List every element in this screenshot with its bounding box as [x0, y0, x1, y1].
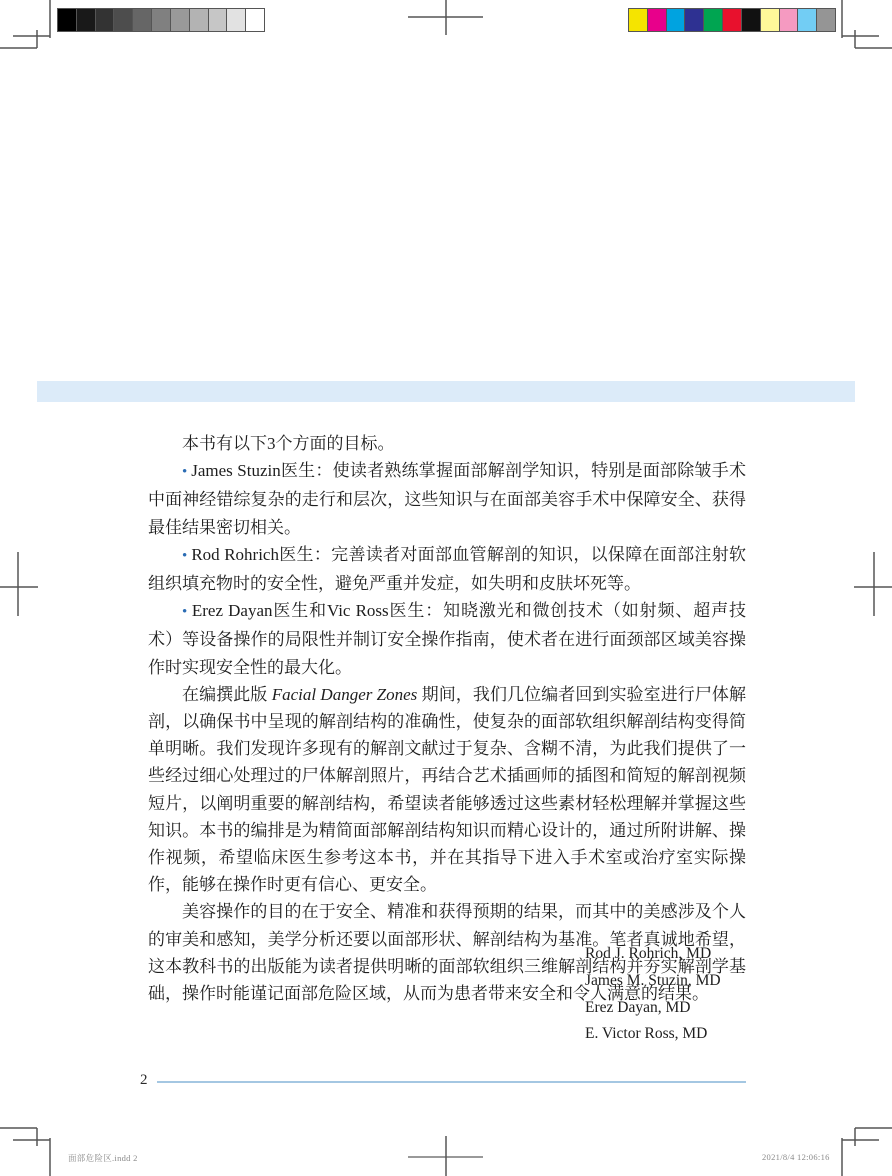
trim-mark-bottom-right — [842, 1128, 892, 1176]
signature-line: Rod J. Rohrich, MD — [585, 941, 721, 968]
folio-rule — [157, 1081, 746, 1083]
bullet-icon: • — [182, 464, 191, 480]
gray-swatch — [58, 9, 77, 31]
slug-filename: 面部危险区.indd 2 — [68, 1152, 138, 1164]
trim-mark-bottom-left — [0, 1128, 50, 1176]
book-title-italic: Facial Danger Zones — [272, 685, 418, 704]
color-swatch — [798, 9, 817, 31]
trim-mark-top-right — [842, 0, 892, 48]
color-swatch — [685, 9, 704, 31]
register-mark-left-middle — [0, 552, 38, 616]
color-swatch — [629, 9, 648, 31]
gray-swatch — [209, 9, 228, 31]
color-swatch — [742, 9, 761, 31]
paragraph: 在编撰此版 Facial Danger Zones 期间，我们几位编者回到实验室… — [148, 681, 746, 899]
gray-swatch — [77, 9, 96, 31]
register-mark-right-middle — [854, 552, 892, 616]
bullet-icon: • — [182, 604, 192, 620]
text-segment: 在编撰此版 — [182, 685, 272, 704]
trim-mark-top-left — [0, 0, 50, 48]
gray-swatch — [96, 9, 115, 31]
signature-line: Erez Dayan, MD — [585, 995, 721, 1022]
text-segment: Rod Rohrich医生：完善读者对面部血管解剖的知识，以保障在面部注射软组织… — [148, 545, 746, 593]
color-swatch — [723, 9, 742, 31]
gray-swatch — [152, 9, 171, 31]
color-swatch — [780, 9, 799, 31]
printed-page: 本书有以下3个方面的目标。• James Stuzin医生：使读者熟练掌握面部解… — [0, 0, 892, 1176]
grayscale-calibration-bar — [57, 8, 265, 32]
slug-datetime: 2021/8/4 12:06:16 — [762, 1152, 830, 1162]
gray-swatch — [114, 9, 133, 31]
bullet-paragraph: • Erez Dayan医生和Vic Ross医生：知晓激光和微创技术（如射频、… — [148, 597, 746, 681]
bullet-paragraph: • Rod Rohrich医生：完善读者对面部血管解剖的知识，以保障在面部注射软… — [148, 541, 746, 597]
page-number: 2 — [140, 1072, 148, 1089]
color-swatch — [817, 9, 835, 31]
signature-line: James M. Stuzin, MD — [585, 968, 721, 995]
paragraph: 本书有以下3个方面的目标。 — [148, 430, 746, 457]
color-swatch — [704, 9, 723, 31]
register-mark-bottom-center — [408, 1136, 483, 1176]
bullet-paragraph: • James Stuzin医生：使读者熟练掌握面部解剖学知识，特别是面部除皱手… — [148, 457, 746, 541]
bullet-icon: • — [182, 548, 191, 564]
gray-swatch — [190, 9, 209, 31]
body-text: 本书有以下3个方面的目标。• James Stuzin医生：使读者熟练掌握面部解… — [148, 430, 746, 1007]
color-swatch — [761, 9, 780, 31]
gray-swatch — [171, 9, 190, 31]
gray-swatch — [133, 9, 152, 31]
signature-block: Rod J. Rohrich, MDJames M. Stuzin, MDEre… — [585, 941, 721, 1048]
register-mark-top-center — [408, 0, 483, 35]
color-swatch — [667, 9, 686, 31]
gray-swatch — [246, 9, 264, 31]
text-segment: James Stuzin医生：使读者熟练掌握面部解剖学知识，特别是面部除皱手术中… — [148, 461, 746, 536]
chapter-header-band — [37, 381, 855, 402]
text-segment: Erez Dayan医生和Vic Ross医生：知晓激光和微创技术（如射频、超声… — [148, 601, 746, 676]
color-calibration-bar — [628, 8, 836, 32]
text-segment: 期间，我们几位编者回到实验室进行尸体解剖，以确保书中呈现的解剖结构的准确性，使复… — [148, 685, 746, 894]
color-swatch — [648, 9, 667, 31]
gray-swatch — [227, 9, 246, 31]
signature-line: E. Victor Ross, MD — [585, 1021, 721, 1048]
text-segment: 本书有以下3个方面的目标。 — [182, 434, 395, 453]
